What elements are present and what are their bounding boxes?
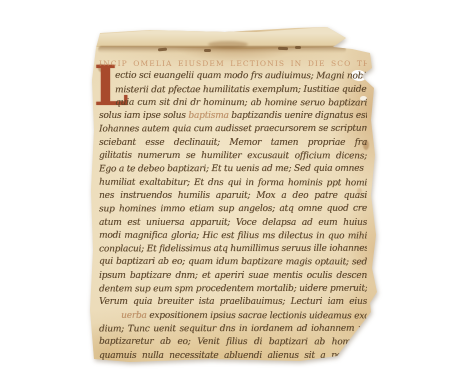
text-line: dium; Tunc uenit sequitur dns in iordane… bbox=[99, 323, 367, 337]
text-line: ipsum baptizare dnm; et aperiri suae men… bbox=[99, 270, 367, 283]
text-line: gilitatis numerum se humiliter excusauit… bbox=[99, 150, 367, 164]
text-line: sciebant esse declinauit; Memor tamen pr… bbox=[99, 137, 367, 150]
text-line: ectio sci euangelii quam modo frs audiui… bbox=[99, 70, 367, 84]
text-line: quia cum sit dni dr hominum; ab homine s… bbox=[99, 97, 367, 111]
text-line: modi magnifica gloria; Hic est filius ms… bbox=[99, 230, 367, 244]
text-line: qui baptizari ab eo; quam idum baptizare… bbox=[99, 256, 367, 270]
manuscript-photograph: L Incip omelia eiusdem lectionis in die … bbox=[0, 0, 468, 382]
crease-slit bbox=[295, 46, 301, 49]
rubric-line: Incip omelia eiusdem lectionis in die sc… bbox=[99, 57, 367, 70]
text-line: nes instruendos humilis aparuit; Mox a d… bbox=[99, 190, 367, 203]
text-line: quamuis nulla necessitate abluendi alien… bbox=[99, 350, 367, 363]
text-line: solus iam ipse solus baptisma baptizandi… bbox=[99, 110, 367, 123]
text-line: sup homines immo etiam sup angelos; atq … bbox=[99, 203, 367, 217]
crease-slit bbox=[158, 48, 167, 52]
text-line: uerba expositionem ipsius sacrae lection… bbox=[99, 309, 367, 323]
text-line: atum est uniuersa apparuit; Voce delapsa… bbox=[99, 217, 367, 230]
text-block: Incip omelia eiusdem lectionis in die sc… bbox=[99, 57, 367, 363]
fold-crease bbox=[98, 46, 346, 53]
text-line: Ego a te debeo baptizari; Et tu uenis ad… bbox=[99, 163, 367, 177]
crease-slit bbox=[278, 47, 288, 51]
parchment-leaf: L Incip omelia eiusdem lectionis in die … bbox=[0, 0, 468, 382]
text-line: Verum quia breuiter ista praelibauimus; … bbox=[99, 296, 367, 309]
text-line: Iohannes autem quia cum audisset praecur… bbox=[99, 123, 367, 137]
text-line: conplacui; Et fidelissimus atq humillimu… bbox=[99, 243, 367, 257]
crease-slit bbox=[204, 49, 211, 52]
text-line: baptizaretur ab eo; Venit filius di bapt… bbox=[99, 336, 367, 350]
text-line: humiliat exaltabitur; Et dns qui in form… bbox=[99, 176, 367, 190]
leaf-shadow-wrapper: L Incip omelia eiusdem lectionis in die … bbox=[0, 0, 468, 382]
text-line: misterii dat pfectae humilitatis exemplu… bbox=[99, 83, 367, 97]
text-line: dentem sup eum spm procedentem mortalib;… bbox=[99, 283, 367, 297]
